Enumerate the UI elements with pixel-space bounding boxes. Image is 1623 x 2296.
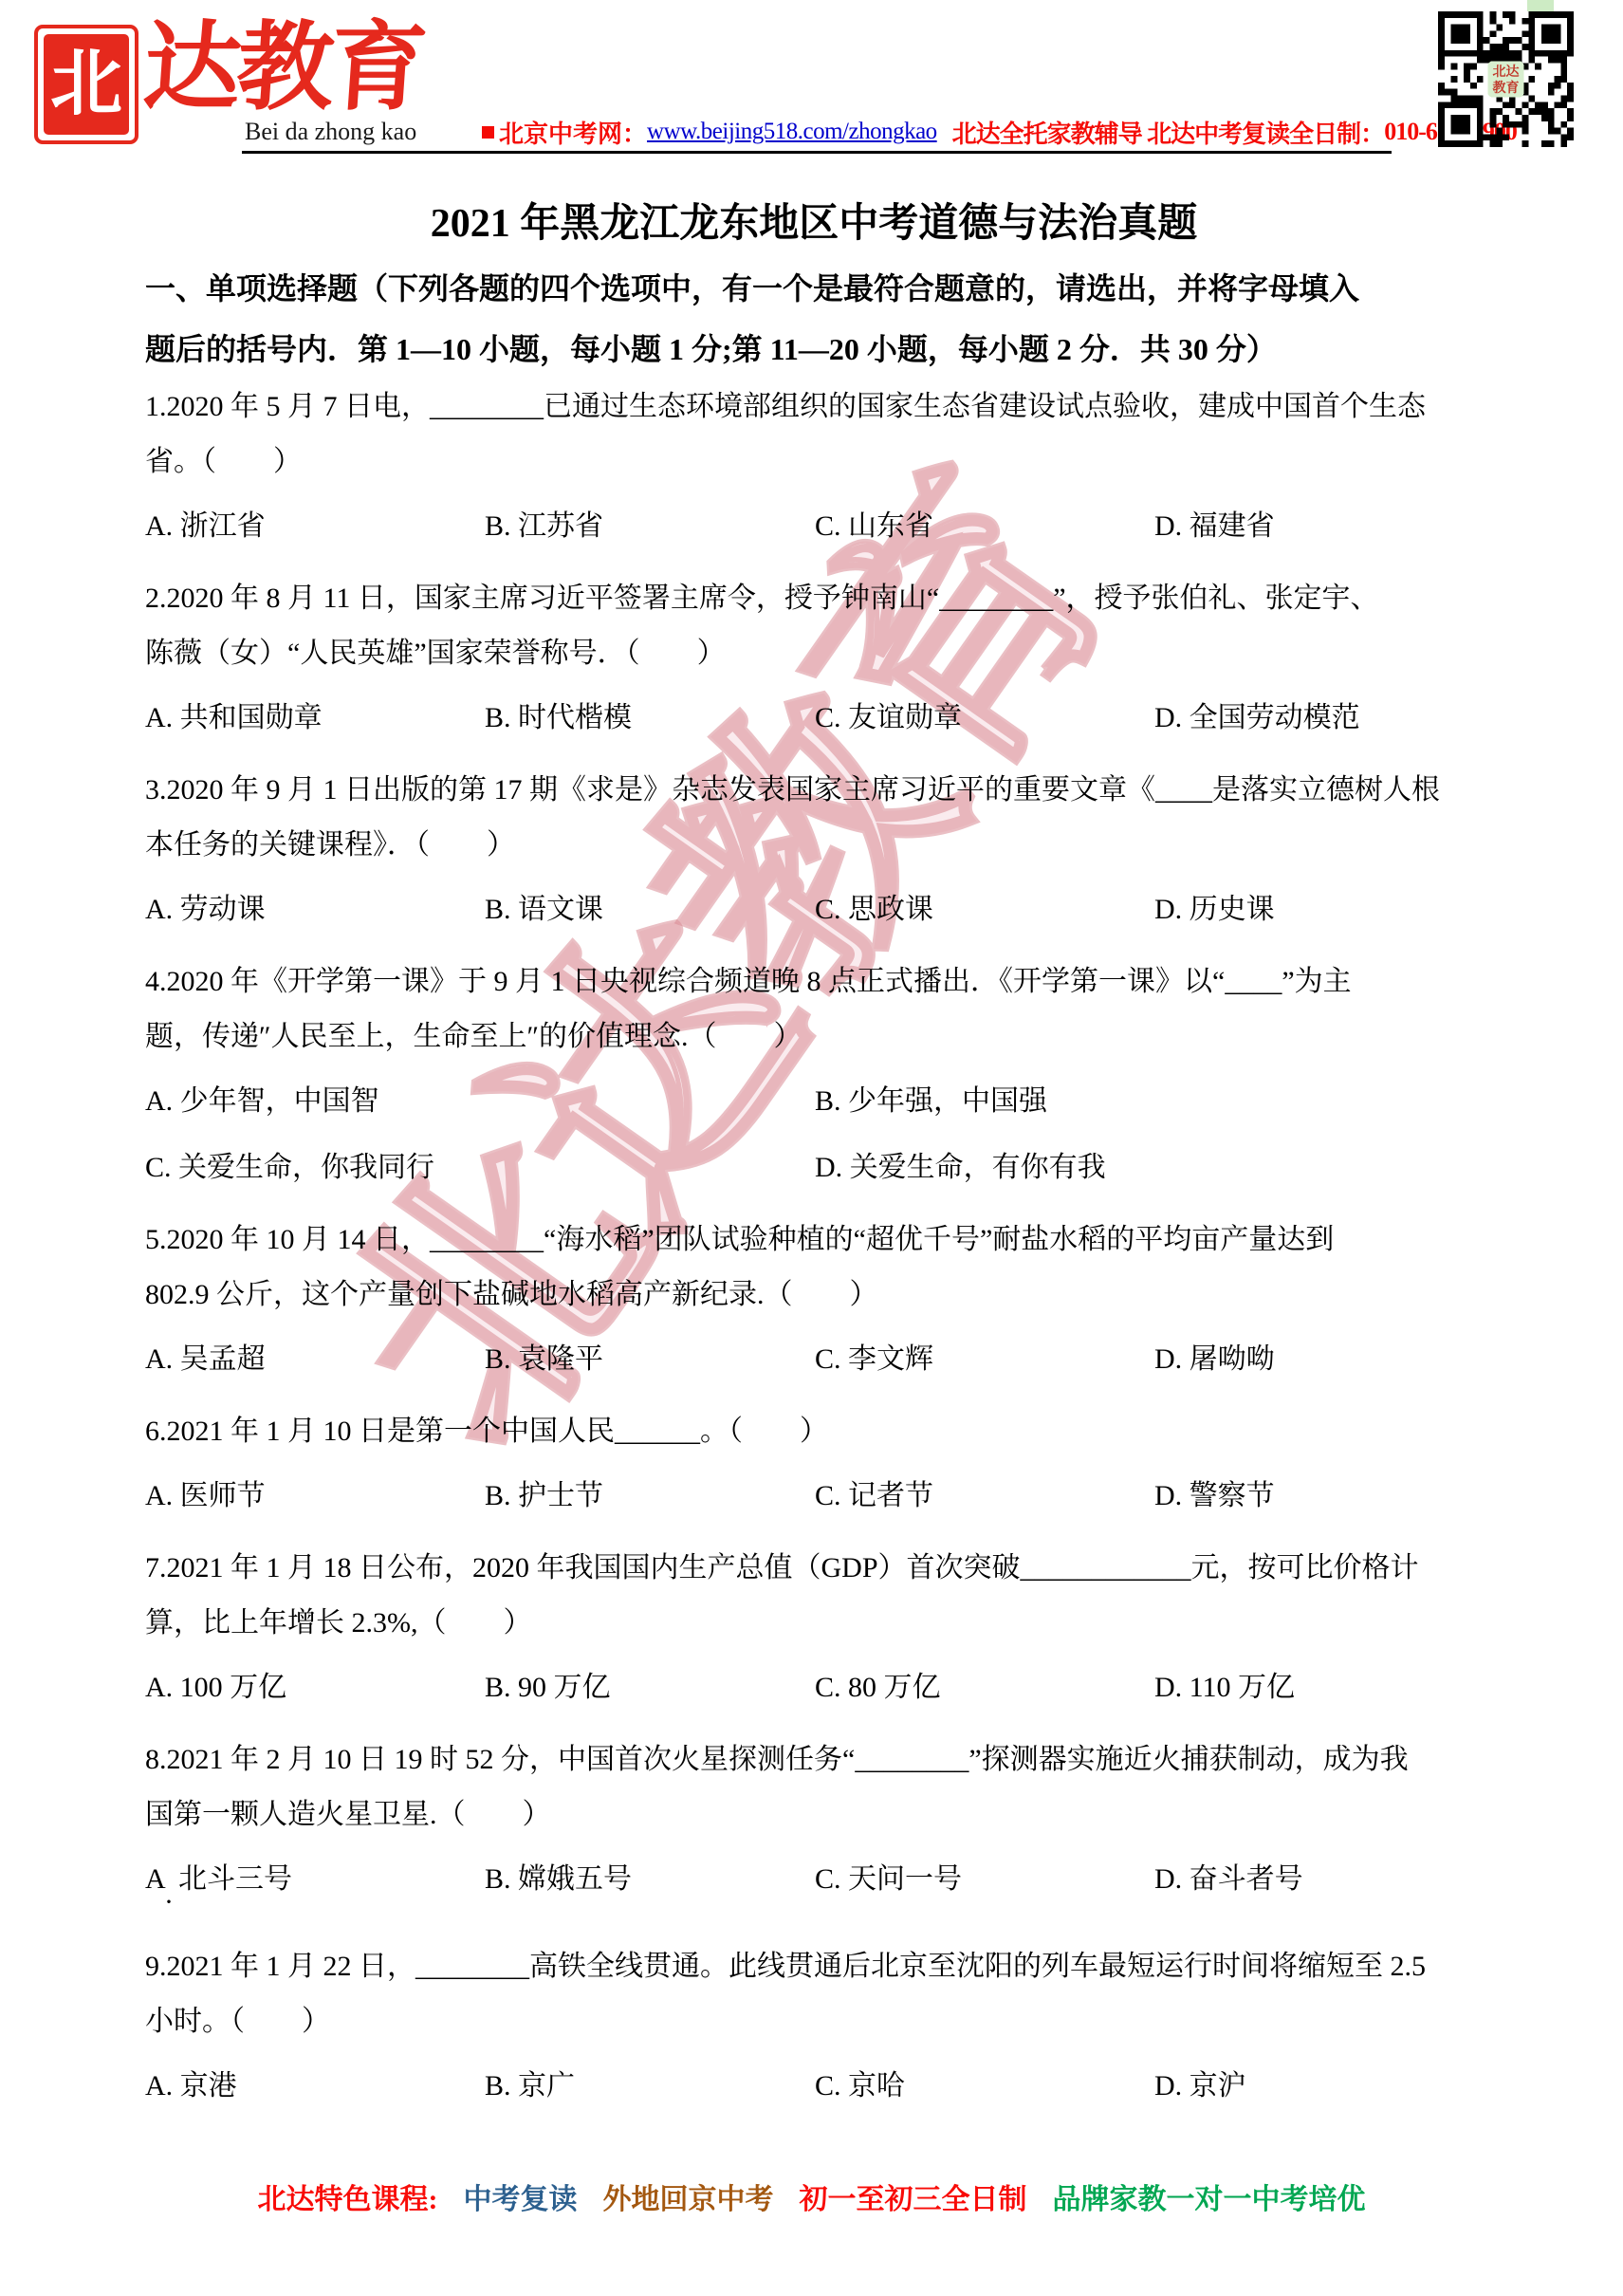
footer: 北达特色课程:中考复读外地回京中考初一至初三全日制品牌家教一对一中考培优 xyxy=(0,2175,1623,2218)
option: B. 语文课 xyxy=(485,885,815,927)
question-8: 8.2021 年 2 月 10 日 19 时 52 分，中国首次火星探测任务“_… xyxy=(145,1732,1483,1924)
options-row: A. 100 万亿B. 90 万亿C. 80 万亿D. 110 万亿 xyxy=(145,1651,1483,1717)
document-body: 2021 年黑龙江龙东地区中考道德与法治真题 一、单项选择题（下列各题的四个选项… xyxy=(145,197,1483,2131)
logo-text: 达教育 xyxy=(139,0,428,133)
option: A. 共和国勋章 xyxy=(145,694,485,735)
logo-subtitle: Bei da zhong kao xyxy=(245,118,416,146)
question-4: 4.2020 年《开学第一课》于 9 月 1 日央视综合频道晚 8 点正式播出．… xyxy=(145,954,1483,1197)
option: B. 时代楷模 xyxy=(485,694,815,735)
option: D. 关爱生命，有你有我 xyxy=(815,1143,1483,1185)
option: C. 李文辉 xyxy=(815,1335,1154,1377)
option: D. 历史课 xyxy=(1154,885,1483,927)
section-heading: 一、单项选择题（下列各题的四个选项中，有一个是最符合题意的，请选出，并将字母填入… xyxy=(145,258,1483,380)
option: B. 护士节 xyxy=(485,1472,815,1513)
svg-text:教育: 教育 xyxy=(1492,80,1520,96)
question-text-line: 1.2020 年 5 月 7 日电，________已通过生态环境部组织的国家生… xyxy=(145,380,1483,435)
options-row: A. 京港B. 京广C. 京哈D. 京沪 xyxy=(145,2049,1483,2116)
option: A. 吴孟超 xyxy=(145,1335,485,1377)
option: B. 少年强，中国强 xyxy=(815,1077,1483,1119)
option: C. 记者节 xyxy=(815,1472,1154,1513)
footer-segment: 外地回京中考 xyxy=(603,2176,774,2217)
site-link[interactable]: www.beijing518.com/zhongkao xyxy=(647,119,937,145)
question-3: 3.2020 年 9 月 1 日出版的第 17 期《求是》杂志发表国家主席习近平… xyxy=(145,763,1483,939)
question-2: 2.2020 年 8 月 11 日，国家主席习近平签署主席令，授予钟南山“___… xyxy=(145,571,1483,748)
option: C. 友谊勋章 xyxy=(815,694,1154,735)
question-text-line: 陈薇（女）“人民英雄”国家荣誉称号．（ ） xyxy=(145,626,1483,681)
question-5: 5.2020 年 10 月 14 日，________“海水稻”团队试验种植的“… xyxy=(145,1213,1483,1389)
question-text-line: 5.2020 年 10 月 14 日，________“海水稻”团队试验种植的“… xyxy=(145,1213,1483,1268)
options-row: A. 吴孟超B. 袁隆平C. 李文辉D. 屠呦呦 xyxy=(145,1323,1483,1389)
option: A. 劳动课 xyxy=(145,885,485,927)
options-row: A. 医师节B. 护士节C. 记者节D. 警察节 xyxy=(145,1459,1483,1526)
question-text-line: 3.2020 年 9 月 1 日出版的第 17 期《求是》杂志发表国家主席习近平… xyxy=(145,763,1483,818)
option: C. 80 万亿 xyxy=(815,1663,1154,1705)
footer-segment: 北达特色课程: xyxy=(258,2176,438,2217)
option: B. 京广 xyxy=(485,2062,815,2103)
header: 北 达教育 Bei da zhong kao 北京中考网： www.beijin… xyxy=(0,0,1623,171)
green-notch xyxy=(1527,0,1554,11)
svg-text:北达: 北达 xyxy=(1493,64,1520,80)
exam-page: 北 达教育 Bei da zhong kao 北京中考网： www.beijin… xyxy=(0,0,1623,2296)
question-text-line: 国第一颗人造火星卫星.（ ） xyxy=(145,1787,1483,1842)
section-heading-line: 一、单项选择题（下列各题的四个选项中，有一个是最符合题意的，请选出，并将字母填入 xyxy=(145,258,1483,319)
question-text-line: 4.2020 年《开学第一课》于 9 月 1 日央视综合频道晚 8 点正式播出．… xyxy=(145,954,1483,1009)
option: C. 天问一号 xyxy=(815,1855,1154,1897)
page-title: 2021 年黑龙江龙东地区中考道德与法治真题 xyxy=(145,197,1483,250)
question-text-line: 本任务的关键课程》．（ ） xyxy=(145,818,1483,873)
question-text-line: 2.2020 年 8 月 11 日，国家主席习近平签署主席令，授予钟南山“___… xyxy=(145,571,1483,626)
header-tagline: 北达全托家教辅导 北达中考复读全日制： xyxy=(952,115,1385,150)
option: C. 关爱生命，你我同行 xyxy=(145,1143,815,1185)
question-text-line: 小时。（ ） xyxy=(145,1994,1483,2049)
header-divider xyxy=(242,151,1392,154)
site-label: 北京中考网： xyxy=(499,115,647,150)
logo-seal-character: 北 xyxy=(44,34,129,135)
question-6: 6.2021 年 1 月 10 日是第一个中国人民______。（ ）A. 医师… xyxy=(145,1404,1483,1526)
question-text-line: 802.9 公斤，这个产量创下盐碱地水稻高产新纪录.（ ） xyxy=(145,1268,1483,1323)
option: B. 江苏省 xyxy=(485,502,815,544)
question-text-line: 8.2021 年 2 月 10 日 19 时 52 分，中国首次火星探测任务“_… xyxy=(145,1732,1483,1787)
option: D. 110 万亿 xyxy=(1154,1663,1483,1705)
option: D. 全国劳动模范 xyxy=(1154,694,1483,735)
question-text-line: 9.2021 年 1 月 22 日，________高铁全线贯通。此线贯通后北京… xyxy=(145,1939,1483,1994)
question-text-line: 题，传递″人民至上，生命至上″的价值理念.（ ） xyxy=(145,1009,1483,1065)
footer-segment: 初一至初三全日制 xyxy=(800,2176,1027,2217)
option: C. 京哈 xyxy=(815,2062,1154,2103)
qr-code: 北达教育 xyxy=(1438,11,1574,147)
red-square-bullet-icon xyxy=(482,126,494,139)
section-heading-line: 题后的括号内．第 1—10 小题，每小题 1 分;第 11—20 小题，每小题 … xyxy=(145,319,1483,380)
option: B. 嫦娥五号 xyxy=(485,1855,815,1897)
option: B. 袁隆平 xyxy=(485,1335,815,1377)
option: A. 医师节 xyxy=(145,1472,485,1513)
options-row: A. 浙江省B. 江苏省C. 山东省D. 福建省 xyxy=(145,490,1483,556)
logo-seal: 北 xyxy=(34,25,138,144)
option: D. 奋斗者号 xyxy=(1154,1855,1483,1897)
option: A. 浙江省 xyxy=(145,502,485,544)
option: D. 屠呦呦 xyxy=(1154,1335,1483,1377)
question-text-line: 6.2021 年 1 月 10 日是第一个中国人民______。（ ） xyxy=(145,1404,1483,1459)
footer-segment: 中考复读 xyxy=(464,2176,578,2217)
options-row: A. 劳动课B. 语文课C. 思政课D. 历史课 xyxy=(145,873,1483,939)
question-1: 1.2020 年 5 月 7 日电，________已通过生态环境部组织的国家生… xyxy=(145,380,1483,556)
option: C. 山东省 xyxy=(815,502,1154,544)
option: A. 100 万亿 xyxy=(145,1663,485,1705)
stray-mark: · xyxy=(145,1896,1483,1924)
option: A 北斗三号 xyxy=(145,1855,485,1897)
option: A. 京港 xyxy=(145,2062,485,2103)
options-row: C. 关爱生命，你我同行D. 关爱生命，有你有我 xyxy=(145,1131,1483,1197)
option: B. 90 万亿 xyxy=(485,1663,815,1705)
option: D. 警察节 xyxy=(1154,1472,1483,1513)
options-row: A. 少年智，中国智B. 少年强，中国强 xyxy=(145,1065,1483,1131)
option: D. 福建省 xyxy=(1154,502,1483,544)
question-text-line: 算，比上年增长 2.3%,（ ） xyxy=(145,1596,1483,1651)
question-9: 9.2021 年 1 月 22 日，________高铁全线贯通。此线贯通后北京… xyxy=(145,1939,1483,2116)
question-list: 1.2020 年 5 月 7 日电，________已通过生态环境部组织的国家生… xyxy=(145,380,1483,2116)
option: D. 京沪 xyxy=(1154,2062,1483,2103)
option: A. 少年智，中国智 xyxy=(145,1077,815,1119)
question-text-line: 省。（ ） xyxy=(145,435,1483,490)
footer-segment: 品牌家教一对一中考培优 xyxy=(1053,2176,1366,2217)
header-info-row: 北京中考网： www.beijing518.com/zhongkao 北达全托家… xyxy=(482,115,1430,149)
option: C. 思政课 xyxy=(815,885,1154,927)
question-text-line: 7.2021 年 1 月 18 日公布，2020 年我国国内生产总值（GDP）首… xyxy=(145,1541,1483,1596)
options-row: A. 共和国勋章B. 时代楷模C. 友谊勋章D. 全国劳动模范 xyxy=(145,681,1483,748)
question-7: 7.2021 年 1 月 18 日公布，2020 年我国国内生产总值（GDP）首… xyxy=(145,1541,1483,1717)
